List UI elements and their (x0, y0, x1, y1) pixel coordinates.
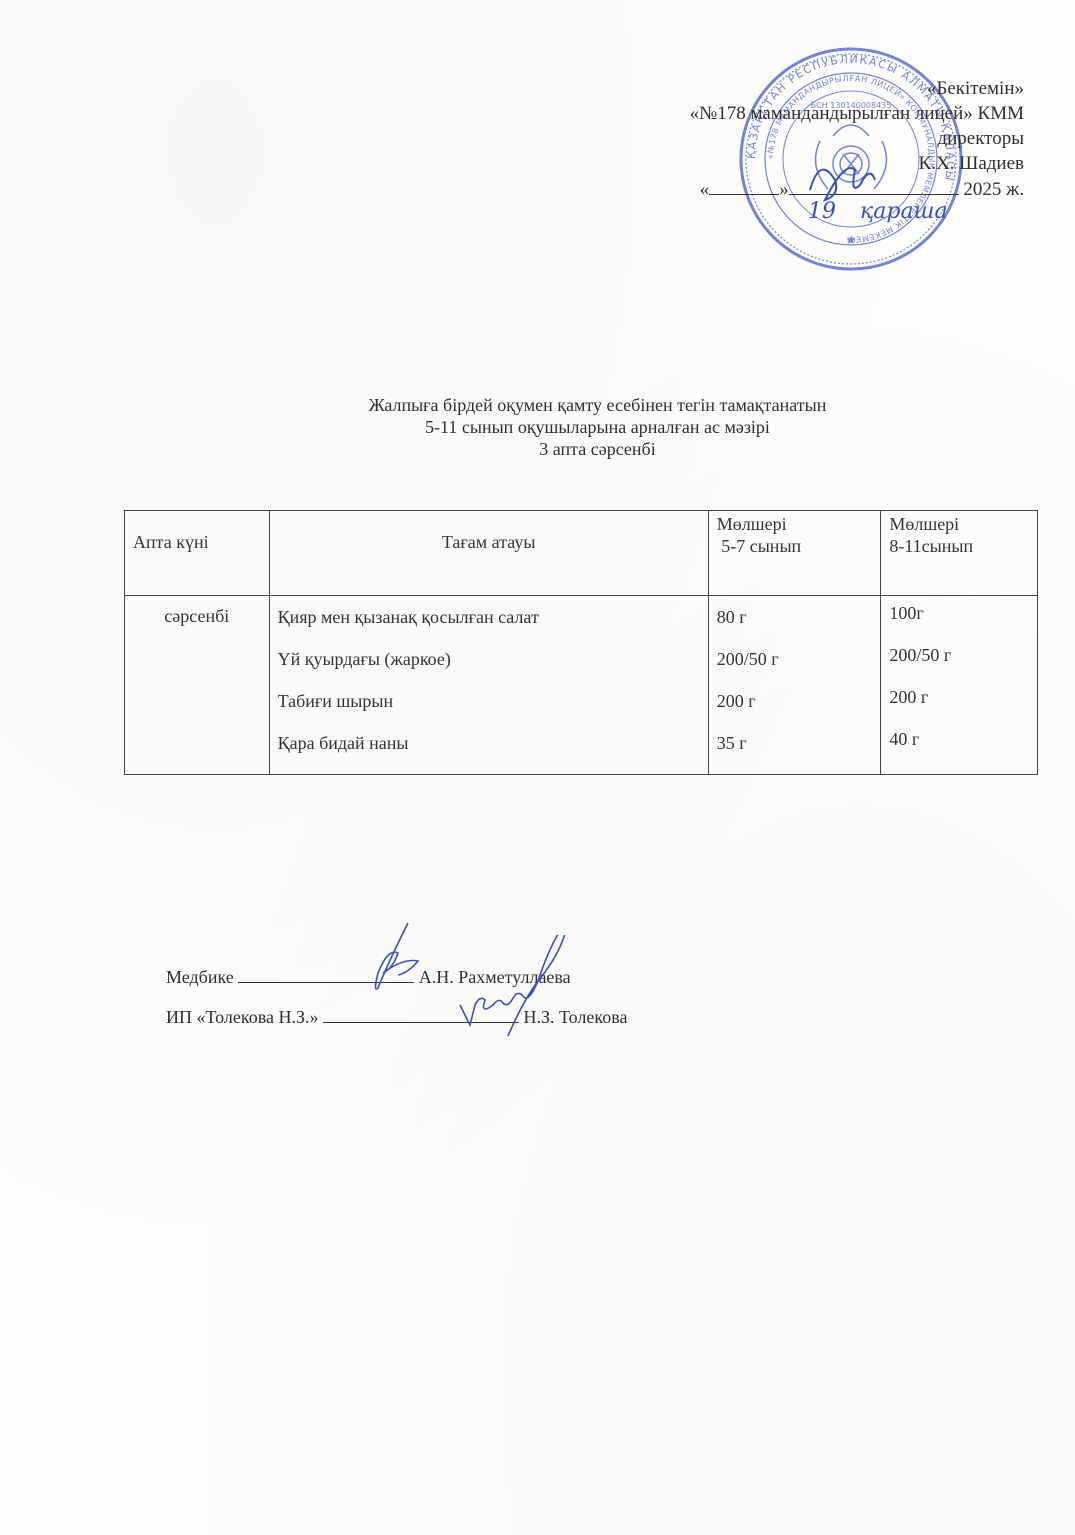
date-year: 2025 ж. (963, 179, 1024, 200)
signature-row-nurse: Медбике А.Н. Рахметуллаева (166, 957, 627, 997)
position-title: директоры (690, 126, 1024, 151)
date-day-blank (709, 176, 779, 195)
approve-label: «Бекітемін» (690, 76, 1024, 101)
signature-line (238, 966, 414, 983)
qty-5-7-list: 80 г 200/50 г 200 г 35 г (708, 596, 881, 775)
table-row: сәрсенбі Қияр мен қызанақ қосылған салат… (125, 596, 1038, 775)
dish-name: Қияр мен қызанақ қосылған салат (278, 606, 700, 648)
director-name: К.Х. Шадиев (690, 151, 1024, 176)
signature-name: А.Н. Рахметуллаева (419, 967, 571, 987)
qty-value: 200 г (717, 690, 873, 732)
day-cell: сәрсенбі (125, 596, 270, 775)
header-qty-8-11: Мөлшері8-11сынып (881, 511, 1038, 596)
signature-role: Медбике (166, 967, 234, 987)
qty-8-11-list: 100г 200/50 г 200 г 40 г (881, 596, 1038, 775)
document-title: Жалпыға бірдей оқумен қамту есебінен тег… (0, 394, 1075, 460)
signature-role: ИП «Толекова Н.З.» (166, 1007, 318, 1027)
dish-name: Үй қуырдағы (жаркое) (278, 648, 700, 690)
dish-name: Қара бидай наны (278, 732, 700, 774)
qty-value: 40 г (889, 728, 1029, 770)
qty-value: 35 г (717, 732, 873, 774)
qty-value: 80 г (717, 606, 873, 648)
signature-name: Н.З. Толекова (523, 1007, 627, 1027)
signature-line (323, 1006, 519, 1023)
signature-block: Медбике А.Н. Рахметуллаева ИП «Толекова … (166, 957, 627, 1037)
approval-date: «» 2025 ж. (690, 176, 1024, 202)
qty-value: 200/50 г (889, 644, 1029, 686)
table-header-row: Апта күні Тағам атауы Мөлшері 5-7 сынып … (125, 511, 1038, 596)
qty-value: 200 г (889, 686, 1029, 728)
qty-value: 100г (889, 602, 1029, 644)
svg-text:★: ★ (846, 233, 857, 247)
date-month-blank (789, 176, 959, 195)
header-day: Апта күні (125, 511, 270, 596)
title-line-2: 5-11 сынып оқушыларына арналған ас мәзір… (0, 416, 1075, 438)
header-qty-5-7: Мөлшері 5-7 сынып (708, 511, 881, 596)
organization-name: «№178 мамандандырылған лицей» КММ (690, 101, 1024, 126)
menu-table: Апта күні Тағам атауы Мөлшері 5-7 сынып … (124, 510, 1038, 775)
header-dish: Тағам атауы (269, 511, 708, 596)
dish-list: Қияр мен қызанақ қосылған салат Үй қуырд… (269, 596, 708, 775)
qty-value: 200/50 г (717, 648, 873, 690)
signature-row-supplier: ИП «Толекова Н.З.» Н.З. Толекова (166, 997, 627, 1037)
dish-name: Табиғи шырын (278, 690, 700, 732)
approval-block: «Бекітемін» «№178 мамандандырылған лицей… (690, 76, 1024, 202)
title-line-3: 3 апта сәрсенбі (0, 438, 1075, 460)
title-line-1: Жалпыға бірдей оқумен қамту есебінен тег… (0, 394, 1075, 416)
